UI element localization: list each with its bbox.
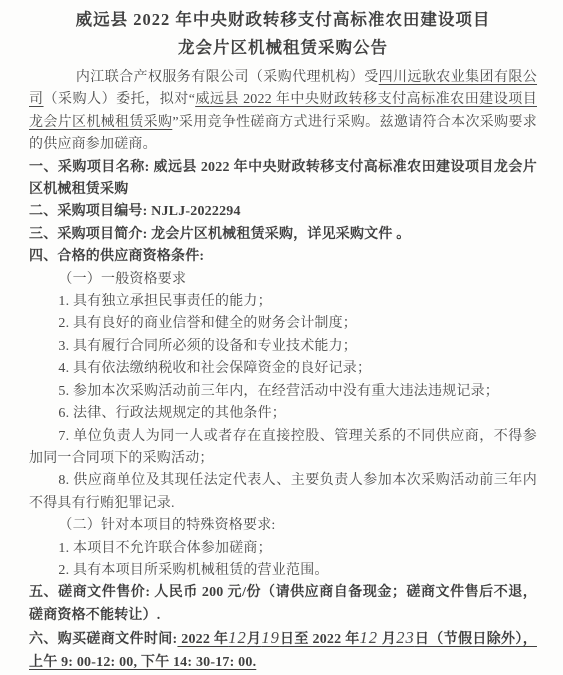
- intro-text-mid: （采购人）委托，拟对“: [44, 92, 196, 107]
- document-title: 威远县 2022 年中央财政转移支付高标准农田建设项目 龙会片区机械租赁采购公告: [29, 6, 537, 62]
- document-body: 内江联合产权服务有限公司（采购代理机构）受四川远耿农业集团有限公司（采购人）委托…: [29, 67, 537, 674]
- section-5-label: 五、磋商文件售价:: [29, 585, 150, 600]
- title-line-1: 威远县 2022 年中央财政转移支付高标准农田建设项目: [29, 6, 537, 34]
- section-2-label: 二、采购项目编号:: [29, 204, 147, 219]
- general-requirement-item-8: 8. 供应商单位及其现任法定代表人、主要负责人参加本次采购活动前三年内不得具有行…: [29, 470, 537, 515]
- section-project-name: 一、采购项目名称: 威远县 2022 年中央财政转移支付高标准农田建设项目龙会片…: [29, 157, 537, 202]
- purchase-time-text-3: 日至 2022 年: [280, 632, 360, 647]
- section-project-number: 二、采购项目编号: NJLJ-2022294: [29, 201, 537, 223]
- section-6-label: 六、购买磋商文件时间:: [29, 632, 177, 647]
- general-requirement-item-3: 3. 具有履行合同所必须的设备和专业技术能力；: [29, 336, 537, 358]
- purchase-time-text-2: 月: [247, 632, 262, 647]
- general-requirements-heading: （一）一般资格要求: [29, 269, 537, 291]
- section-document-price: 五、磋商文件售价: 人民币 200 元/份（请供应商自备现金；磋商文件售后不退，…: [29, 582, 537, 627]
- title-line-2: 龙会片区机械租赁采购公告: [29, 34, 537, 62]
- section-project-brief: 三、采购项目简介: 龙会片区机械租赁采购，详见采购文件 。: [29, 224, 537, 246]
- handwritten-day-1: 19: [261, 628, 280, 647]
- section-4-label: 四、合格的供应商资格条件:: [29, 249, 204, 264]
- handwritten-month-2: 12: [360, 628, 379, 647]
- general-requirement-item-5: 5. 参加本次采购活动前三年内，在经营活动中没有重大违法违规记录；: [29, 381, 537, 403]
- section-2-value: NJLJ-2022294: [147, 204, 240, 219]
- general-requirement-item-1: 1. 具有独立承担民事责任的能力；: [29, 291, 537, 313]
- general-requirement-item-6: 6. 法律、行政法规规定的其他条件；: [29, 403, 537, 425]
- special-requirement-item-1: 1. 本项目不允许联合体参加磋商；: [29, 538, 537, 560]
- special-requirement-item-2: 2. 具有本项目所采购机械租赁的营业范围。: [29, 560, 537, 582]
- section-purchase-time: 六、购买磋商文件时间: 2022 年12月19日至 2022 年12 月23日（…: [29, 627, 537, 674]
- section-1-label: 一、采购项目名称:: [29, 160, 150, 175]
- purchase-time-hours: 上午 9: 00-12: 00, 下午 14: 30-17: 00.: [29, 655, 256, 670]
- procurement-announcement-page: 威远县 2022 年中央财政转移支付高标准农田建设项目 龙会片区机械租赁采购公告…: [0, 0, 563, 675]
- section-3-label: 三、采购项目简介:: [29, 227, 147, 242]
- purchase-time-text-5: 日（节假日除外），: [415, 632, 537, 647]
- general-requirement-item-4: 4. 具有依法缴纳税收和社会保障资金的良好记录；: [29, 358, 537, 380]
- intro-paragraph: 内江联合产权服务有限公司（采购代理机构）受四川远耿农业集团有限公司（采购人）委托…: [29, 67, 537, 157]
- purchase-time-text-1: 2022 年: [177, 632, 228, 647]
- general-requirement-item-7: 7. 单位负责人为同一人或者存在直接控股、管理关系的不同供应商，不得参加同一合同…: [29, 426, 537, 471]
- section-3-value: 龙会片区机械租赁采购，详见采购文件 。: [147, 227, 410, 242]
- intro-text-lead: 内江联合产权服务有限公司（采购代理机构）受: [76, 70, 379, 85]
- special-requirements-heading: （二）针对本项目的特殊资格要求:: [29, 515, 537, 537]
- section-qualifications-heading: 四、合格的供应商资格条件:: [29, 246, 537, 268]
- handwritten-month-1: 12: [228, 628, 247, 647]
- purchase-time-text-4: 月: [378, 632, 396, 647]
- handwritten-day-2: 23: [396, 628, 415, 647]
- general-requirement-item-2: 2. 具有良好的商业信誉和健全的财务会计制度；: [29, 313, 537, 335]
